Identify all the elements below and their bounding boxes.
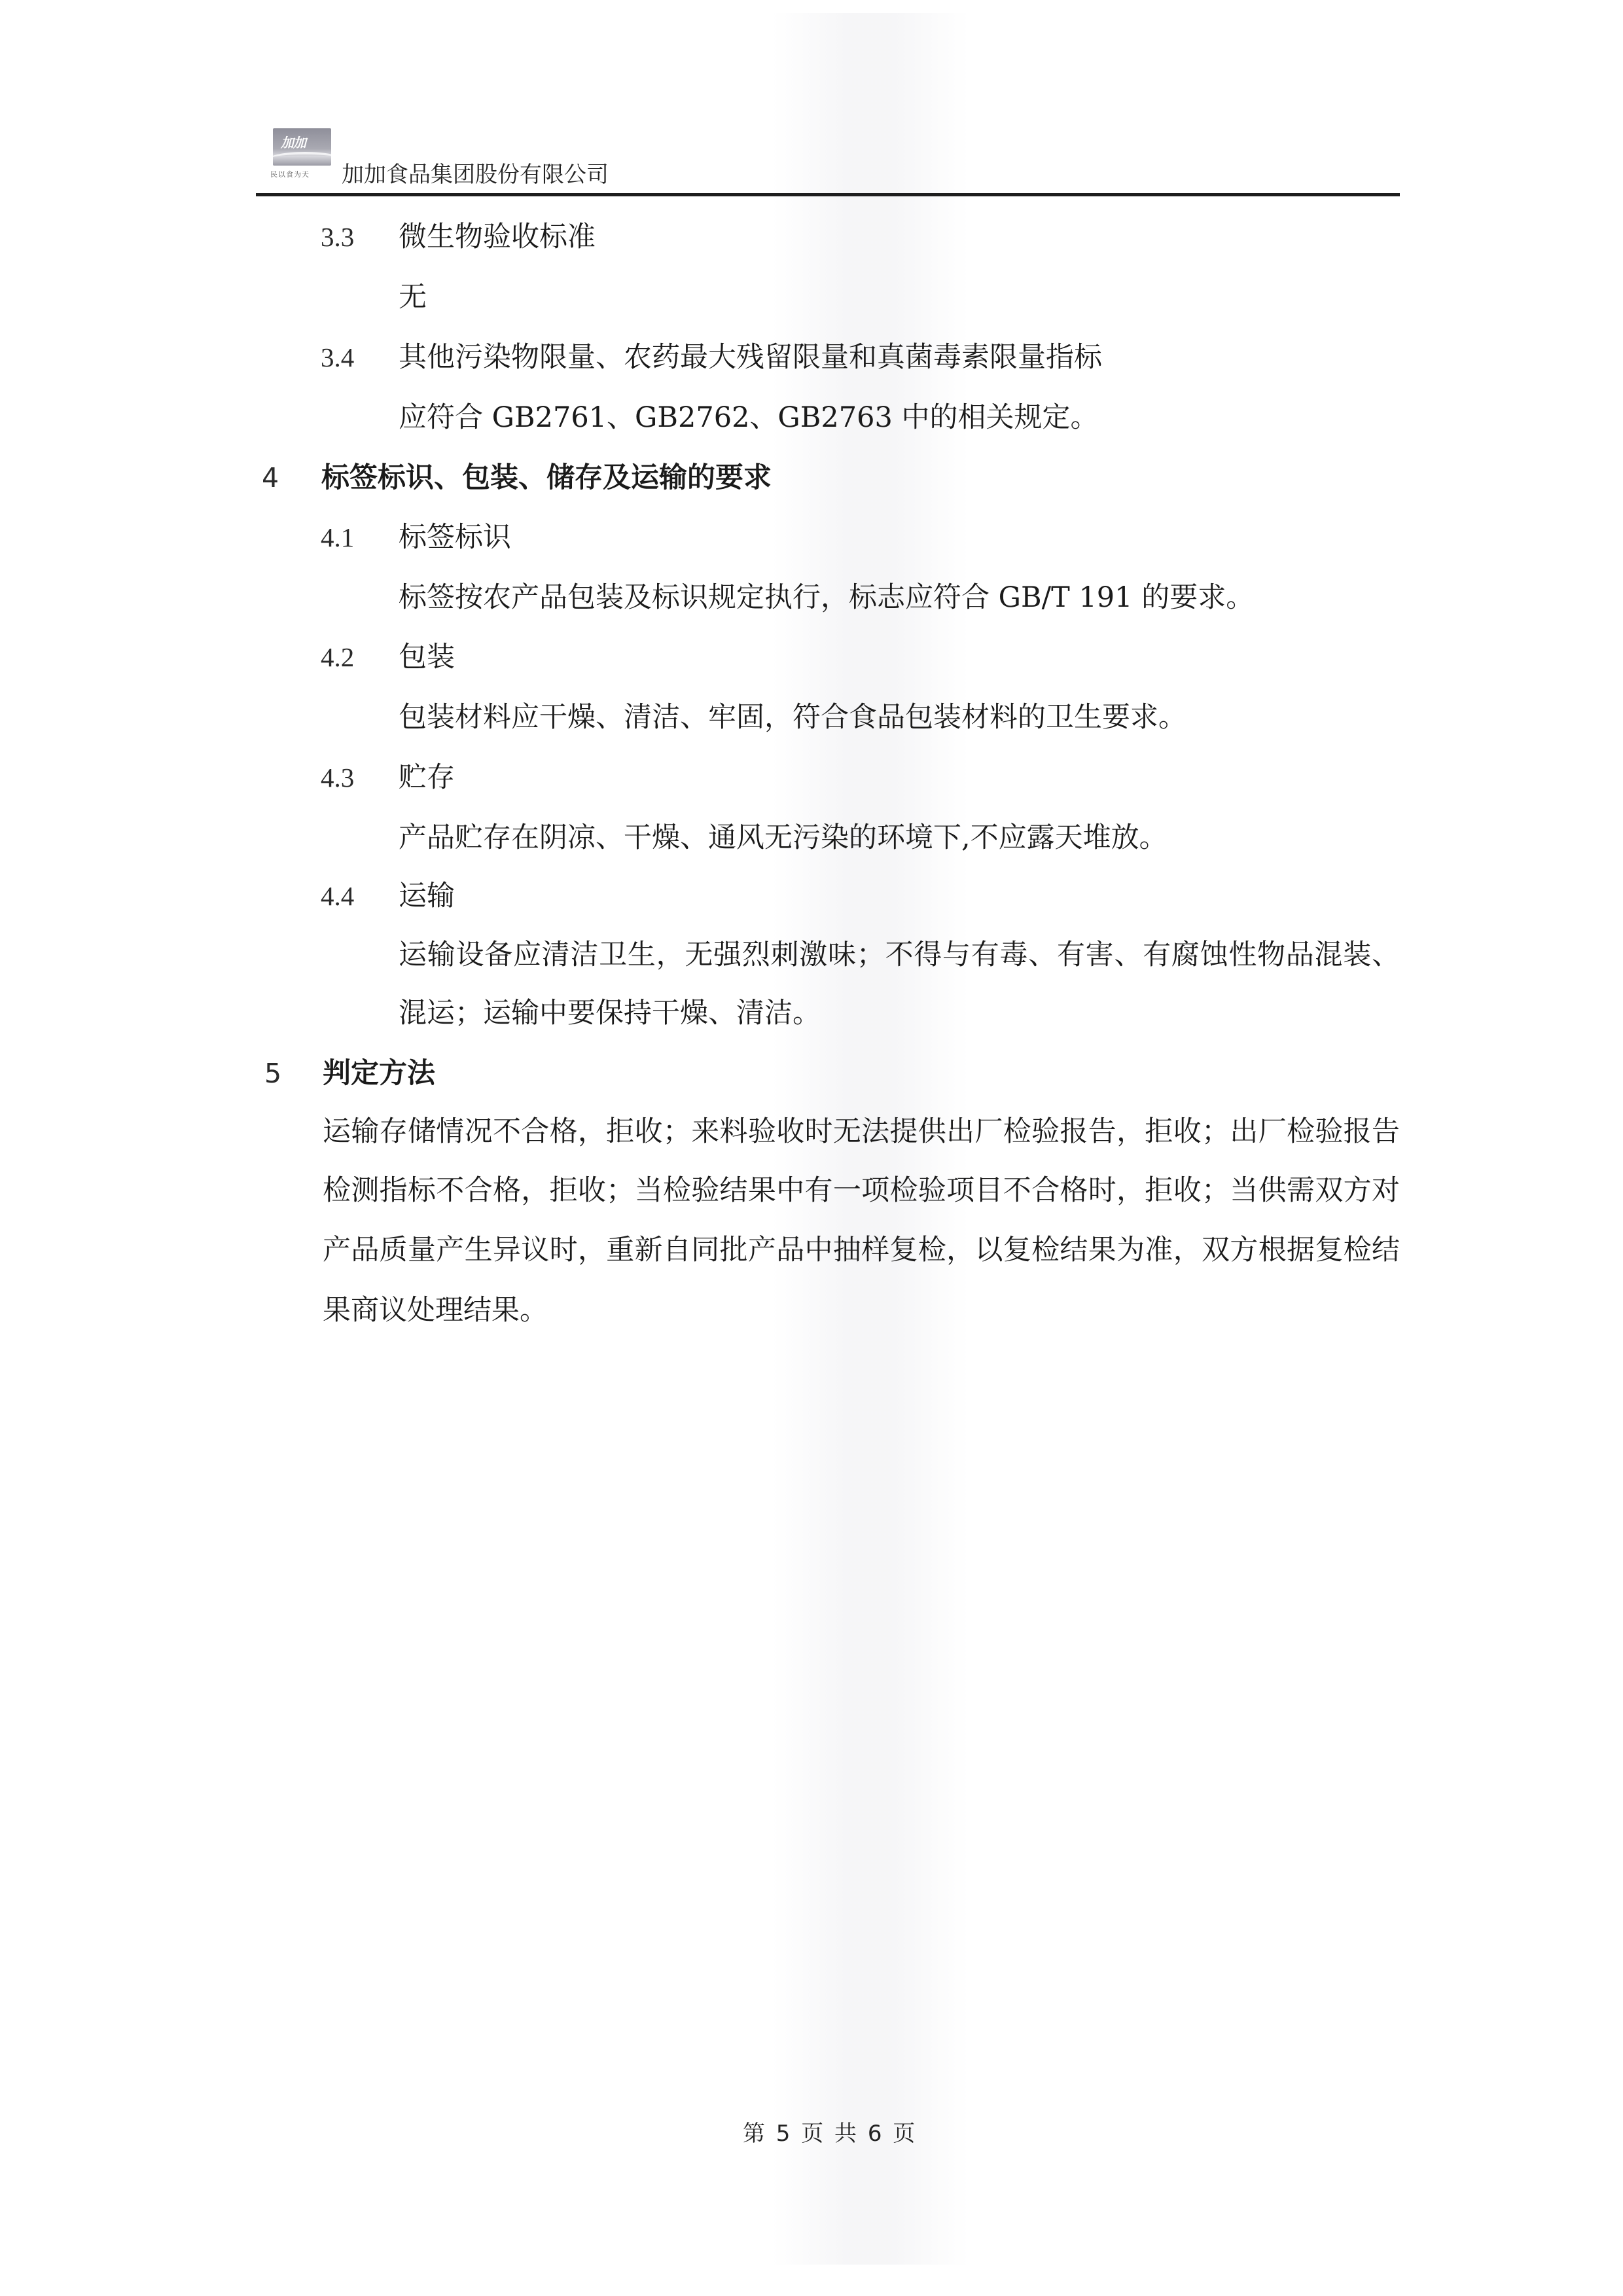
section-4-1-body: 标签按农产品包装及标识规定执行，标志应符合 GB/T 191 的要求。 (399, 581, 1254, 614)
section-4-1-title: 标签标识 (399, 521, 511, 554)
section-4-3-number: 4.3 (321, 761, 354, 794)
logo-badge: 加加 (273, 128, 331, 166)
section-4-2-title: 包装 (399, 641, 455, 673)
section-4-3-body: 产品贮存在阴凉、干燥、通风无污染的环境下,不应露天堆放。 (399, 821, 1168, 854)
section-5-body-line-1: 运输存储情况不合格，拒收；来料验收时无法提供出厂检验报告，拒收；出厂检验报告 (323, 1115, 1400, 1148)
section-3-4-number: 3.4 (321, 341, 354, 374)
header-divider (256, 193, 1400, 196)
section-4-2-body: 包装材料应干燥、清洁、牢固，符合食品包装材料的卫生要求。 (399, 701, 1186, 734)
section-5-body-line-3: 产品质量产生异议时，重新自同批产品中抽样复检，以复检结果为准，双方根据复检结 (323, 1234, 1400, 1266)
section-5-title: 判定方法 (323, 1057, 435, 1090)
page-number: 第 5 页 共 6 页 (743, 2119, 915, 2148)
section-4-3-title: 贮存 (399, 761, 455, 794)
section-3-3-number: 3.3 (321, 221, 354, 253)
section-4-4-number: 4.4 (321, 880, 354, 912)
section-5-body-line-4: 果商议处理结果。 (323, 1294, 548, 1327)
section-3-4-body: 应符合 GB2761、GB2762、GB2763 中的相关规定。 (399, 401, 1098, 434)
section-5-number: 5 (264, 1057, 281, 1090)
section-4-4-body-line-2: 混运；运输中要保持干燥、清洁。 (399, 997, 821, 1030)
company-name: 加加食品集团股份有限公司 (342, 162, 609, 188)
section-4-4-title: 运输 (399, 880, 455, 912)
section-3-3-body: 无 (399, 281, 427, 314)
section-4-number: 4 (262, 461, 279, 494)
company-logo: 加加 民以食为天 (270, 127, 334, 182)
logo-mark: 加加 (281, 132, 306, 151)
section-3-4-title: 其他污染物限量、农药最大残留限量和真菌毒素限量指标 (399, 341, 1102, 374)
section-4-4-body-line-1: 运输设备应清洁卫生，无强烈刺激味；不得与有毒、有害、有腐蚀性物品混装、 (399, 939, 1400, 971)
logo-wave-icon (273, 152, 331, 166)
section-4-title: 标签标识、包装、储存及运输的要求 (321, 461, 772, 494)
section-3-3-title: 微生物验收标准 (399, 221, 596, 253)
section-4-2-number: 4.2 (321, 641, 354, 673)
section-4-1-number: 4.1 (321, 521, 354, 554)
section-5-body-line-2: 检测指标不合格，拒收；当检验结果中有一项检验项目不合格时，拒收；当供需双方对 (323, 1174, 1400, 1207)
logo-slogan: 民以食为天 (270, 170, 334, 179)
